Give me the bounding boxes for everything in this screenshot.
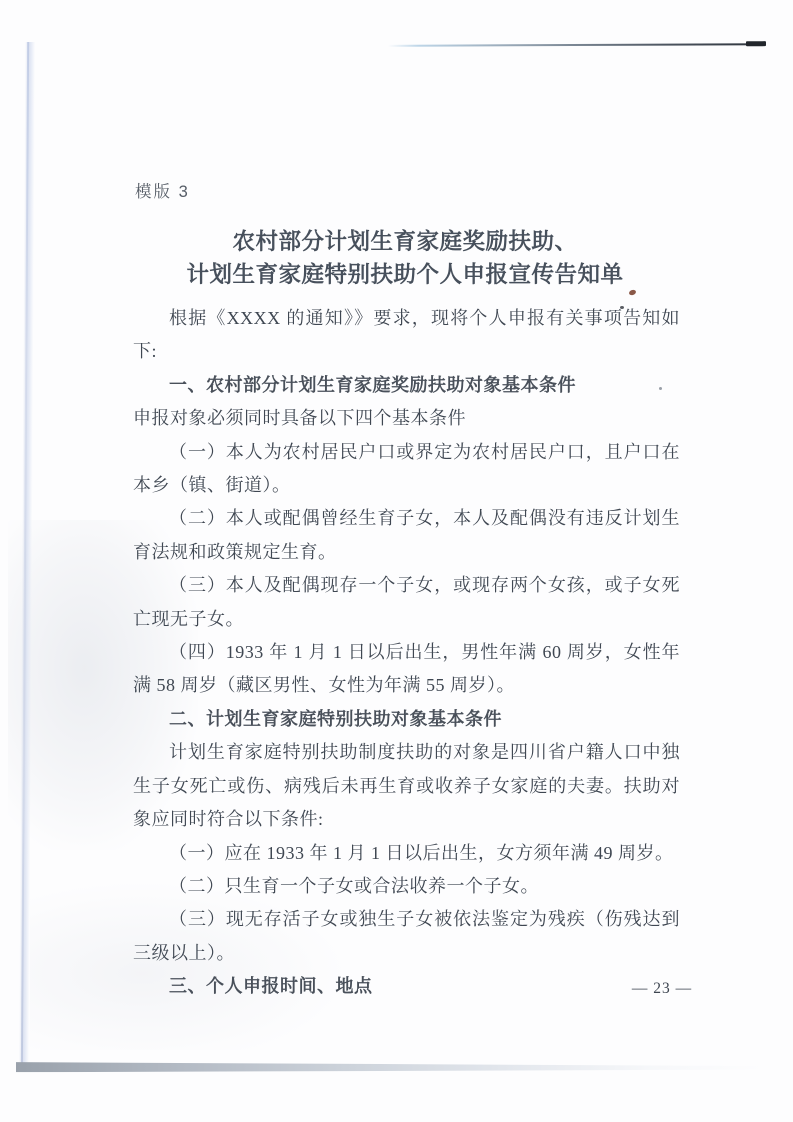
page-top-edge-shadow-line xyxy=(388,43,766,47)
document-body: 根据《XXXX 的通知》》要求，现将个人申报有关事项告知如下: 一、农村部分计划… xyxy=(133,302,680,1004)
document-title: 农村部分计划生育家庭奖励扶助、 计划生育家庭特别扶助个人申报宣传告知单 xyxy=(96,225,714,291)
document-title-line-2: 计划生育家庭特别扶助个人申报宣传告知单 xyxy=(96,258,714,291)
section-2-item-2: （二）只生育一个子女或合法收养一个子女。 xyxy=(133,870,680,903)
document-title-line-1: 农村部分计划生育家庭奖励扶助、 xyxy=(96,225,714,258)
section-1-item-3: （三）本人及配偶现存一个子女，或现存两个女孩，或子女死亡现无子女。 xyxy=(133,569,680,636)
page-number: — 23 — xyxy=(607,980,717,998)
section-1-heading: 一、农村部分计划生育家庭奖励扶助对象基本条件 xyxy=(133,369,680,402)
section-1-item-4: （四）1933 年 1 月 1 日以后出生，男性年满 60 周岁，女性年满 58… xyxy=(133,636,680,703)
page-top-edge-shadow xyxy=(388,41,766,48)
template-label: 模版 3 xyxy=(135,178,190,202)
page-bottom-edge-shadow xyxy=(16,1061,764,1074)
section-2-heading: 二、计划生育家庭特别扶助对象基本条件 xyxy=(133,703,680,736)
section-2-lead: 计划生育家庭特别扶助制度扶助的对象是四川省户籍人口中独生子女死亡或伤、病残后未再… xyxy=(133,736,680,836)
scanned-page: 模版 3 农村部分计划生育家庭奖励扶助、 计划生育家庭特别扶助个人申报宣传告知单… xyxy=(0,0,793,1122)
section-1-item-2: （二）本人或配偶曾经生育子女，本人及配偶没有违反计划生育法规和政策规定生育。 xyxy=(133,502,680,569)
section-1-item-1: （一）本人为农村居民户口或界定为农村居民户口，且户口在本乡（镇、街道）。 xyxy=(133,436,680,503)
section-2-item-3: （三）现无存活子女或独生子女被依法鉴定为残疾（伤残达到三级以上）。 xyxy=(133,903,680,970)
notice-intro: 根据《XXXX 的通知》》要求，现将个人申报有关事项告知如下: xyxy=(133,302,680,369)
section-3-heading: 三、个人申报时间、地点 xyxy=(133,970,680,1003)
page-top-edge-shadow-cap xyxy=(746,41,766,46)
section-2-item-1: （一）应在 1933 年 1 月 1 日以后出生，女方须年满 49 周岁。 xyxy=(133,837,680,870)
section-1-lead: 申报对象必须同时具备以下四个基本条件 xyxy=(133,402,680,435)
